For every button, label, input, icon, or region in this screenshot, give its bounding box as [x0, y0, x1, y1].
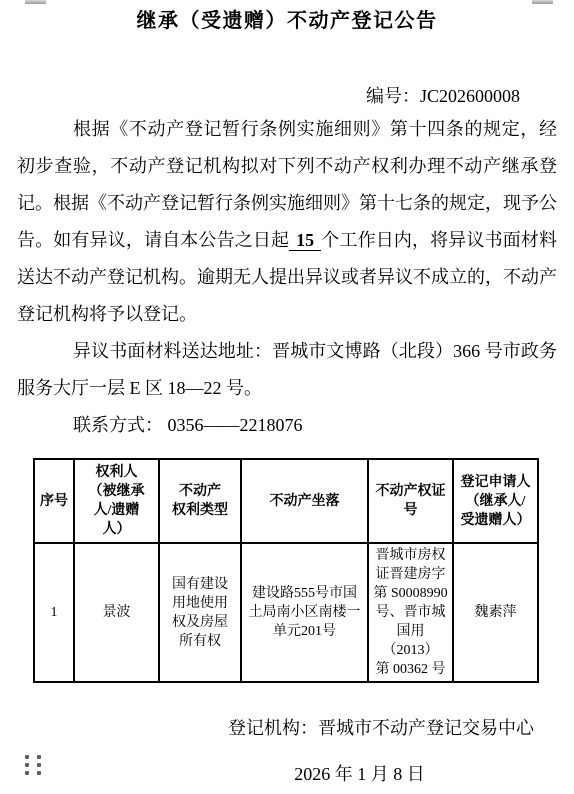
- notice-number: 编号：JC202600008: [0, 81, 574, 111]
- col-header-right-holder: 权利人 （被继承 人/遗赠 人）: [74, 459, 159, 543]
- page-edge-mark-left: [25, 0, 46, 4]
- cell-certificate-no: 晋城市房权 证晋建房字 第 S0008990 号、晋市城 国用（2013） 第 …: [368, 543, 453, 682]
- paragraph-contact: 联系方式： 0356——2218076: [17, 407, 557, 444]
- paragraph-legal-basis: 根据《不动产登记暂行条例实施细则》第十四条的规定，经初步查验，不动产登记机构拟对…: [17, 111, 557, 333]
- page-edge-mark-right: [532, 0, 553, 4]
- notice-document: 继承（受遗赠）不动产登记公告 编号：JC202600008 根据《不动产登记暂行…: [0, 0, 574, 794]
- dot: [37, 771, 41, 775]
- col-header-index: 序号: [34, 459, 74, 543]
- dot: [25, 771, 29, 775]
- cell-right-type: 国有建设 用地使用 权及房屋 所有权: [159, 543, 241, 682]
- cell-applicant: 魏素萍: [453, 543, 538, 682]
- table-header-row: 序号 权利人 （被继承 人/遗赠 人） 不动产 权利类型 不动产坐落 不动产权证…: [34, 459, 538, 543]
- col-header-location: 不动产坐落: [241, 459, 368, 543]
- dot: [37, 763, 41, 767]
- notice-body: 根据《不动产登记暂行条例实施细则》第十四条的规定，经初步查验，不动产登记机构拟对…: [0, 111, 574, 444]
- dot: [37, 755, 41, 759]
- dot: [25, 763, 29, 767]
- objection-days-underline: 15: [289, 230, 321, 251]
- registration-agency: 登记机构：晋城市不动产登记交易中心: [0, 717, 574, 739]
- col-header-right-type: 不动产 权利类型: [159, 459, 241, 543]
- property-registration-table: 序号 权利人 （被继承 人/遗赠 人） 不动产 权利类型 不动产坐落 不动产权证…: [33, 458, 539, 683]
- dot: [25, 755, 29, 759]
- col-header-certificate-no: 不动产权证号: [368, 459, 453, 543]
- move-handle-dots: [25, 755, 41, 775]
- notice-date: 2026 年 1 月 8 日: [0, 763, 574, 785]
- table-row: 1 景波 国有建设 用地使用 权及房屋 所有权 建设路555号市国 土局南小区南…: [34, 543, 538, 682]
- cell-location: 建设路555号市国 土局南小区南楼一 单元201号: [241, 543, 368, 682]
- col-header-applicant: 登记申请人 （继承人/ 受遗赠人）: [453, 459, 538, 543]
- cell-right-holder: 景波: [74, 543, 159, 682]
- cell-index: 1: [34, 543, 74, 682]
- notice-title: 继承（受遗赠）不动产登记公告: [0, 0, 574, 35]
- paragraph-objection-address: 异议书面材料送达地址：晋城市文博路（北段）366 号市政务服务大厅一层 E 区 …: [17, 333, 557, 407]
